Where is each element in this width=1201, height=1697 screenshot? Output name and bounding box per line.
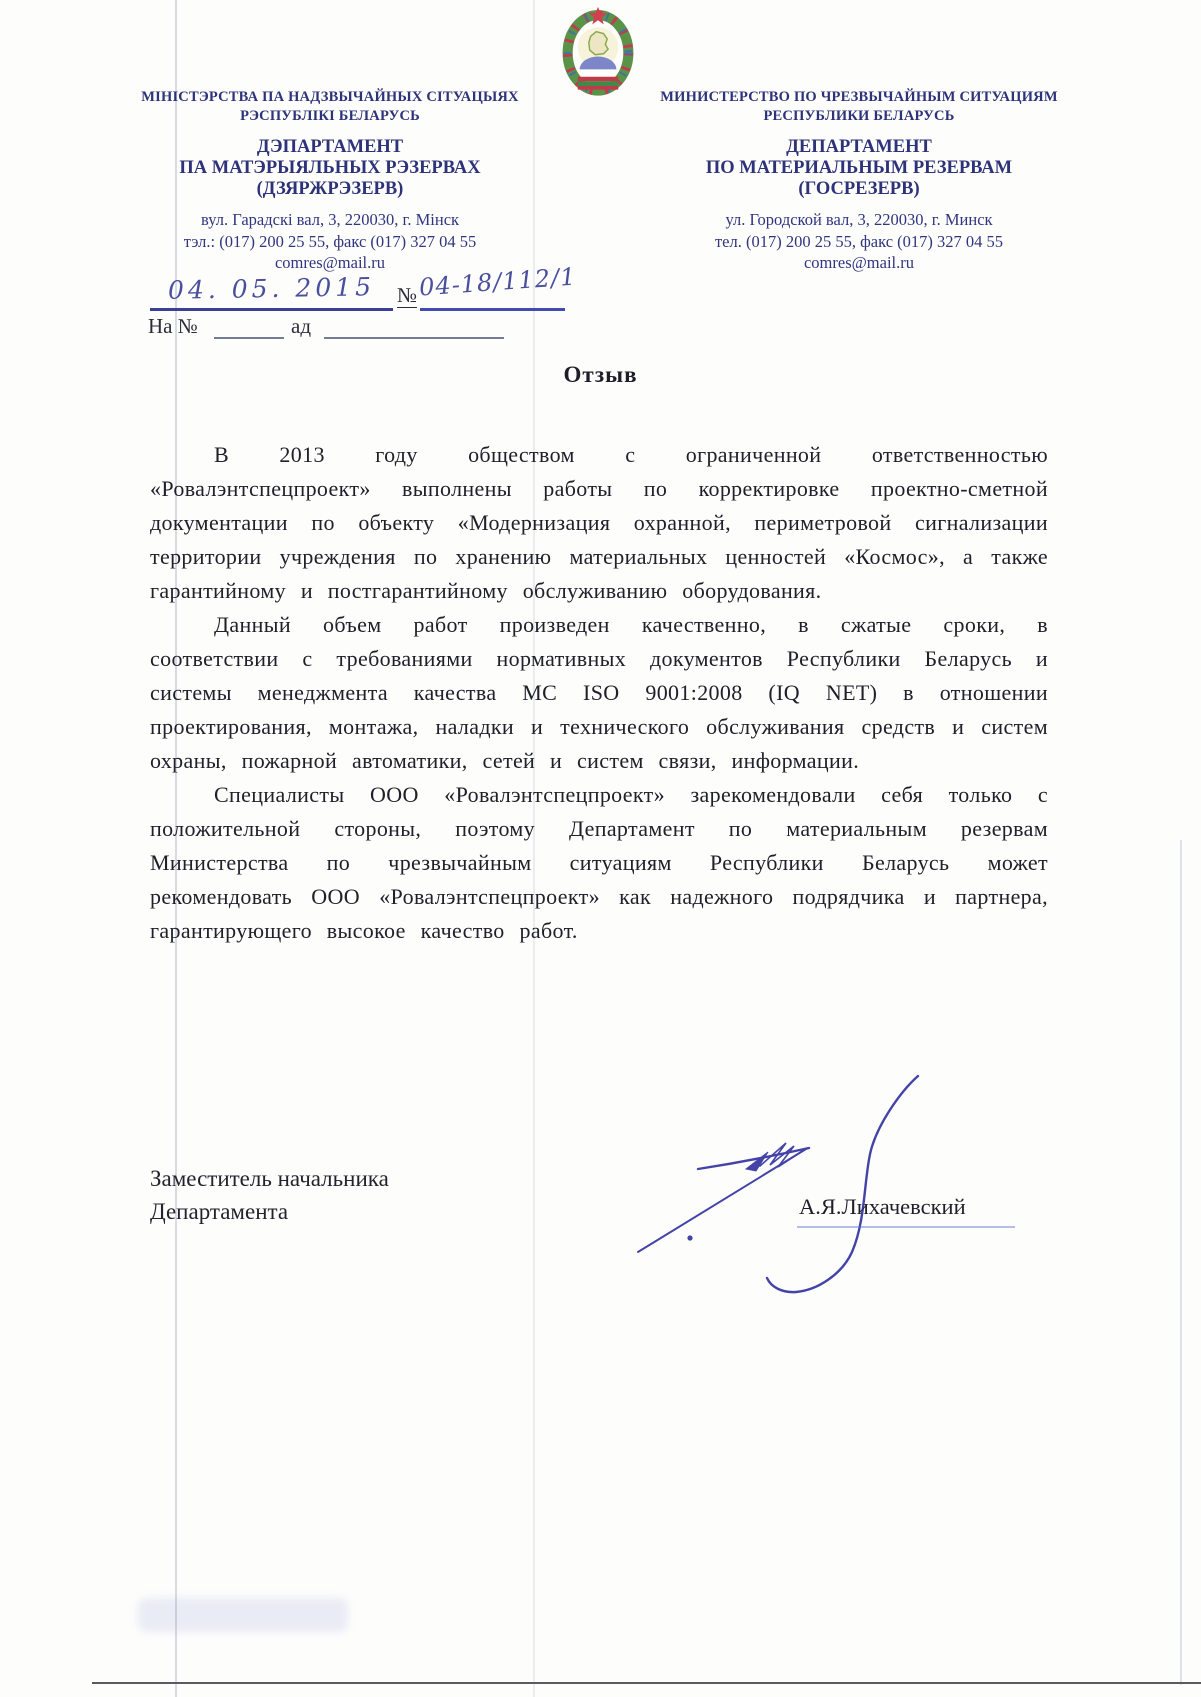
email-ru: comres@mail.ru: [636, 252, 1082, 274]
contact-block-by: вул. Гарадскі вал, 3, 220030, г. Мінск т…: [112, 209, 548, 274]
department-line1-ru: ДЕПАРТАМЕНТ: [636, 137, 1082, 158]
number-underline: [420, 308, 565, 311]
country-name-by: РЭСПУБЛІКІ БЕЛАРУСЬ: [112, 107, 548, 126]
department-line1-by: ДЭПАРТАМЕНТ: [112, 137, 548, 158]
department-line2-by: ПА МАТЭРЫЯЛЬНЫХ РЭЗЕРВАХ: [112, 158, 548, 179]
scan-bottom-edge: [92, 1682, 1201, 1684]
signer-position-line2: Департамента: [150, 1199, 288, 1225]
scan-ink-smudge: [138, 1598, 348, 1632]
department-abbr-by: (ДЗЯРЖРЭЗЕРВ): [112, 179, 548, 200]
ministry-name-by: МІНІСТЭРСТВА ПА НАДЗВЫЧАЙНЫХ СІТУАЦЫЯХ: [112, 88, 548, 107]
phone-by: тэл.: (017) 200 25 55, факс (017) 327 04…: [112, 231, 548, 253]
department-name-ru: ДЕПАРТАМЕНТ ПО МАТЕРИАЛЬНЫМ РЕЗЕРВАМ (ГО…: [636, 137, 1082, 200]
belarus-coat-of-arms-icon: [552, 4, 644, 98]
signer-name-scan-line: [797, 1226, 1015, 1228]
handwritten-date: 04. 05. 2015: [168, 272, 376, 305]
scanned-letter-page: МІНІСТЭРСТВА ПА НАДЗВЫЧАЙНЫХ СІТУАЦЫЯХ Р…: [0, 0, 1201, 1697]
signer-position-line1: Заместитель начальника: [150, 1166, 389, 1192]
department-name-by: ДЭПАРТАМЕНТ ПА МАТЭРЫЯЛЬНЫХ РЭЗЕРВАХ (ДЗ…: [112, 137, 548, 200]
reply-from-label: ад: [291, 314, 311, 339]
contact-block-ru: ул. Городской вал, 3, 220030, г. Минск т…: [636, 209, 1082, 274]
phone-ru: тел. (017) 200 25 55, факс (017) 327 04 …: [636, 231, 1082, 253]
letter-body: В 2013 году обществом с ограниченной отв…: [150, 438, 1048, 948]
paragraph-1: В 2013 году обществом с ограниченной отв…: [150, 438, 1048, 608]
signature-handwriting: [610, 1040, 980, 1310]
address-by: вул. Гарадскі вал, 3, 220030, г. Мінск: [112, 209, 548, 231]
scan-edge-line-right: [1180, 840, 1182, 1685]
reply-to-label: На №: [148, 314, 198, 339]
date-underline: [150, 308, 393, 311]
reply-date-blank: [324, 337, 504, 339]
paragraph-2: Данный объем работ произведен качественн…: [150, 608, 1048, 778]
number-sign-label: №: [397, 283, 417, 308]
reply-number-blank: [214, 337, 284, 339]
department-abbr-ru: (ГОСРЕЗЕРВ): [636, 179, 1082, 200]
country-name-ru: РЕСПУБЛИКИ БЕЛАРУСЬ: [636, 107, 1082, 126]
address-ru: ул. Городской вал, 3, 220030, г. Минск: [636, 209, 1082, 231]
department-line2-ru: ПО МАТЕРИАЛЬНЫМ РЕЗЕРВАМ: [636, 158, 1082, 179]
letterhead-russian: МИНИСТЕРСТВО ПО ЧРЕЗВЫЧАЙНЫМ СИТУАЦИЯМ Р…: [636, 88, 1082, 274]
paragraph-3: Специалисты ООО «Ровалэнтспецпроект» зар…: [150, 778, 1048, 948]
signer-name: А.Я.Лихачевский: [799, 1194, 966, 1220]
ministry-name-ru: МИНИСТЕРСТВО ПО ЧРЕЗВЫЧАЙНЫМ СИТУАЦИЯМ: [636, 88, 1082, 107]
document-title: Отзыв: [0, 362, 1201, 388]
letterhead-belarusian: МІНІСТЭРСТВА ПА НАДЗВЫЧАЙНЫХ СІТУАЦЫЯХ Р…: [112, 88, 548, 274]
